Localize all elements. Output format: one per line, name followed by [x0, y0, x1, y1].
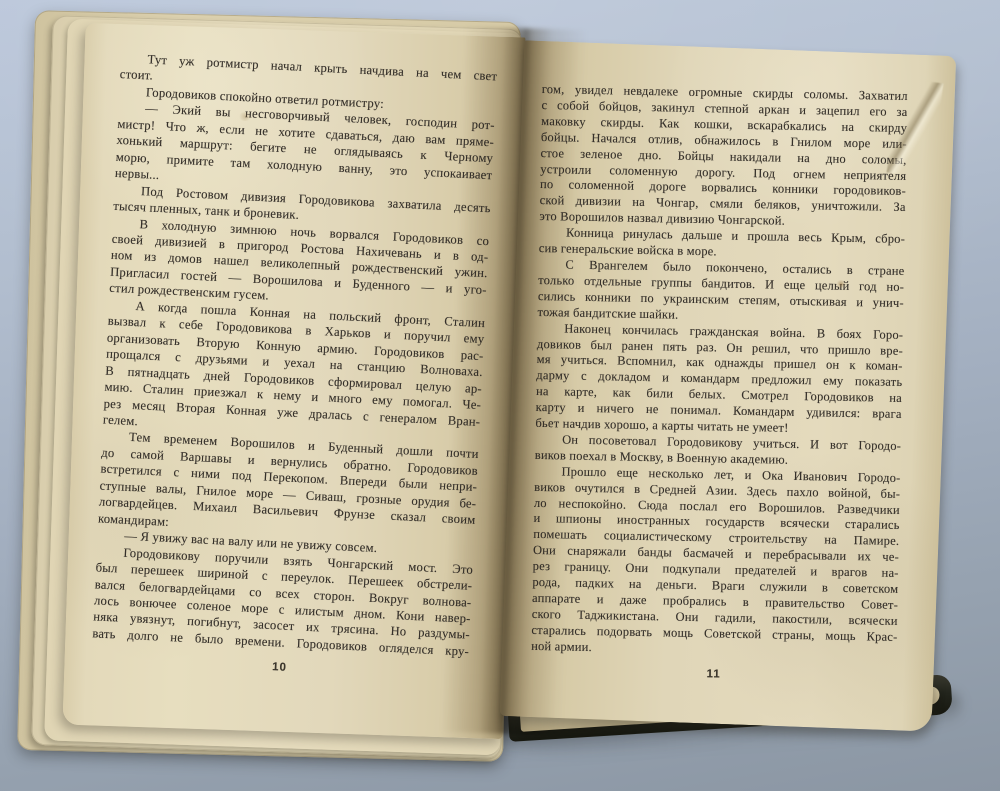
photo-background: Тут уж ротмистр начал крыть начдива на ч… — [0, 0, 1000, 791]
left-page-lines: Тут уж ротмистр начал крыть начдива на ч… — [92, 50, 497, 660]
paper-stain — [238, 112, 252, 121]
right-page-lines: гом, увидел невдалеке огромные скирды со… — [531, 82, 908, 662]
right-page-text: гом, увидел невдалеке огромные скирды со… — [531, 82, 908, 686]
paper-stain — [836, 280, 846, 288]
left-page-text: Тут уж ротмистр начал крыть начдива на ч… — [91, 50, 498, 685]
